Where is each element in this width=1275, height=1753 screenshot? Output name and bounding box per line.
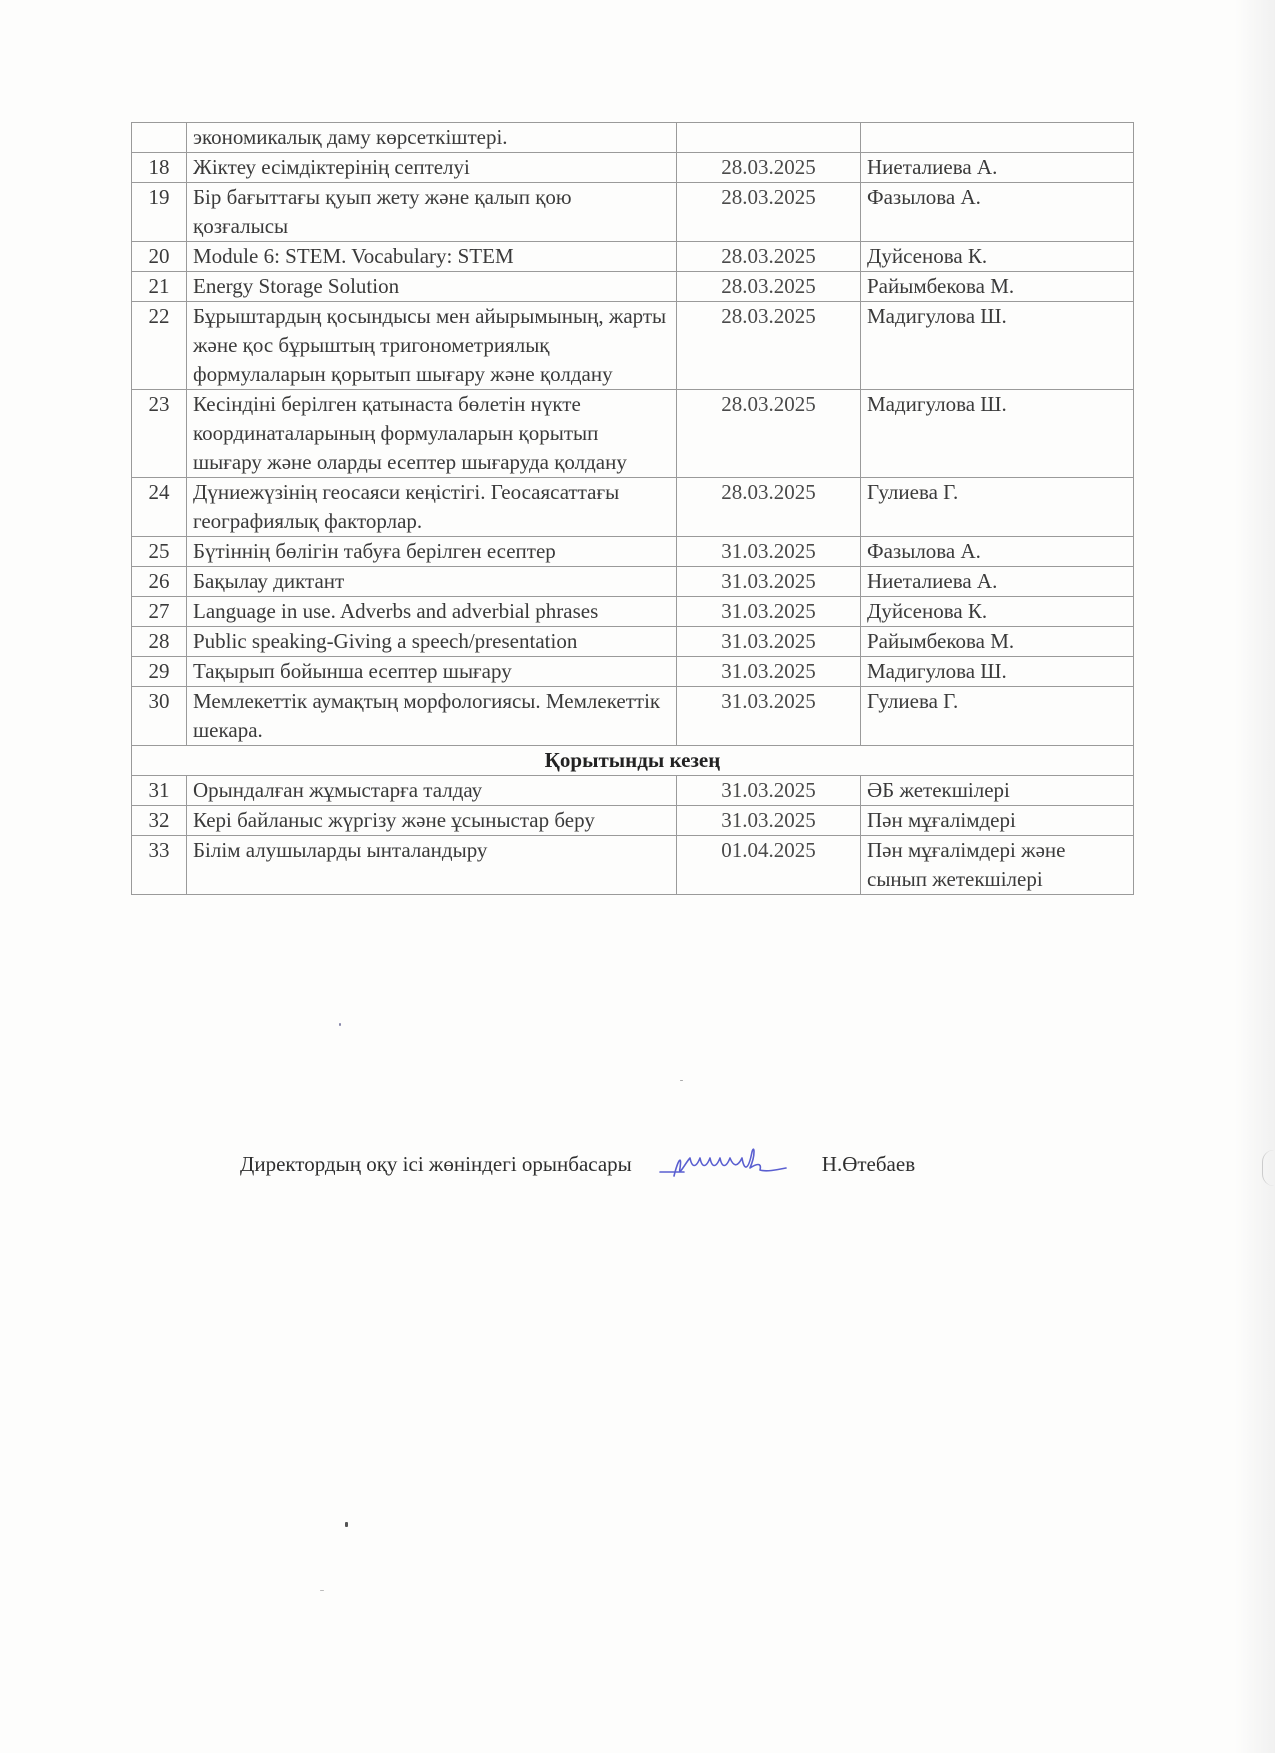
row-responsible: Мадигулова Ш. <box>861 657 1134 687</box>
row-responsible: ӘБ жетекшілері <box>861 776 1134 806</box>
row-number: 20 <box>132 242 187 272</box>
row-responsible: Райымбекова М. <box>861 272 1134 302</box>
row-topic: Language in use. Adverbs and adverbial p… <box>187 597 677 627</box>
row-number: 32 <box>132 806 187 836</box>
row-responsible: Ниеталиева А. <box>861 567 1134 597</box>
row-number: 19 <box>132 183 187 242</box>
row-number: 24 <box>132 478 187 537</box>
row-number: 33 <box>132 836 187 895</box>
row-topic: Module 6: STEM. Vocabulary: STEM <box>187 242 677 272</box>
table-row: 24 Дүниежүзінің геосаяси кеңістігі. Геос… <box>132 478 1134 537</box>
table-row: 22 Бұрыштардың қосындысы мен айырымының,… <box>132 302 1134 390</box>
handwritten-signature-icon <box>656 1142 796 1186</box>
row-topic: Кері байланыс жүргізу және ұсыныстар бер… <box>187 806 677 836</box>
table-row: 18 Жіктеу есімдіктерінің септелуі 28.03.… <box>132 153 1134 183</box>
row-number: 22 <box>132 302 187 390</box>
row-topic: Кесіндіні берілген қатынаста бөлетін нүк… <box>187 390 677 478</box>
scan-speck <box>680 1080 683 1081</box>
row-responsible: Дуйсенова К. <box>861 242 1134 272</box>
row-topic: Public speaking-Giving a speech/presenta… <box>187 627 677 657</box>
row-date: 28.03.2025 <box>677 478 861 537</box>
signatory-role: Директордың оқу ісі жөніндегі орынбасары <box>240 1152 632 1177</box>
row-number: 28 <box>132 627 187 657</box>
table-row: 30 Мемлекеттік аумақтың морфологиясы. Ме… <box>132 687 1134 746</box>
table-row: 25 Бүтіннің бөлігін табуға берілген есеп… <box>132 537 1134 567</box>
scan-page-edge <box>1235 0 1275 1753</box>
row-topic: Білім алушыларды ынталандыру <box>187 836 677 895</box>
row-date: 31.03.2025 <box>677 537 861 567</box>
row-responsible: Мадигулова Ш. <box>861 390 1134 478</box>
row-responsible: Гулиева Г. <box>861 478 1134 537</box>
row-number: 29 <box>132 657 187 687</box>
row-number: 31 <box>132 776 187 806</box>
table-row-continuation: экономикалық даму көрсеткіштері. <box>132 123 1134 153</box>
table-row: 20 Module 6: STEM. Vocabulary: STEM 28.0… <box>132 242 1134 272</box>
row-date: 31.03.2025 <box>677 687 861 746</box>
row-topic: Мемлекеттік аумақтың морфологиясы. Мемле… <box>187 687 677 746</box>
row-number: 18 <box>132 153 187 183</box>
row-topic: Бір бағыттағы қуып жету және қалып қою қ… <box>187 183 677 242</box>
row-topic: Жіктеу есімдіктерінің септелуі <box>187 153 677 183</box>
row-responsible: Фазылова А. <box>861 537 1134 567</box>
table-row: 32 Кері байланыс жүргізу және ұсыныстар … <box>132 806 1134 836</box>
table-row: 33 Білім алушыларды ынталандыру 01.04.20… <box>132 836 1134 895</box>
row-topic: Тақырып бойынша есептер шығару <box>187 657 677 687</box>
row-date: 28.03.2025 <box>677 153 861 183</box>
row-number: 21 <box>132 272 187 302</box>
table-row: 27 Language in use. Adverbs and adverbia… <box>132 597 1134 627</box>
row-number: 27 <box>132 597 187 627</box>
row-date: 31.03.2025 <box>677 627 861 657</box>
row-topic: Бақылау диктант <box>187 567 677 597</box>
row-topic: Орындалған жұмыстарға талдау <box>187 776 677 806</box>
row-topic: Бүтіннің бөлігін табуға берілген есептер <box>187 537 677 567</box>
row-date: 31.03.2025 <box>677 776 861 806</box>
row-responsible: Дуйсенова К. <box>861 597 1134 627</box>
schedule-table-body: экономикалық даму көрсеткіштері. 18 Жікт… <box>132 123 1134 895</box>
row-number: 30 <box>132 687 187 746</box>
row-date: 28.03.2025 <box>677 272 861 302</box>
row-topic: Дүниежүзінің геосаяси кеңістігі. Геосаяс… <box>187 478 677 537</box>
table-row: 26 Бақылау диктант 31.03.2025 Ниеталиева… <box>132 567 1134 597</box>
row-date: 28.03.2025 <box>677 302 861 390</box>
section-header-row: Қорытынды кезең <box>132 746 1134 776</box>
row-responsible <box>861 123 1134 153</box>
row-date: 31.03.2025 <box>677 657 861 687</box>
row-responsible: Фазылова А. <box>861 183 1134 242</box>
scan-speck <box>339 1023 341 1026</box>
row-responsible: Пән мұғалімдері және сынып жетекшілері <box>861 836 1134 895</box>
table-row: 29 Тақырып бойынша есептер шығару 31.03.… <box>132 657 1134 687</box>
row-topic: экономикалық даму көрсеткіштері. <box>187 123 677 153</box>
row-date: 31.03.2025 <box>677 597 861 627</box>
row-number <box>132 123 187 153</box>
scan-speck <box>320 1590 324 1591</box>
row-date: 28.03.2025 <box>677 183 861 242</box>
table-row: 28 Public speaking-Giving a speech/prese… <box>132 627 1134 657</box>
row-responsible: Пән мұғалімдері <box>861 806 1134 836</box>
row-date: 31.03.2025 <box>677 806 861 836</box>
row-number: 23 <box>132 390 187 478</box>
scan-speck <box>345 1522 348 1527</box>
row-number: 25 <box>132 537 187 567</box>
row-date: 28.03.2025 <box>677 242 861 272</box>
row-topic: Energy Storage Solution <box>187 272 677 302</box>
row-date: 28.03.2025 <box>677 390 861 478</box>
row-responsible: Мадигулова Ш. <box>861 302 1134 390</box>
table-row: 31 Орындалған жұмыстарға талдау 31.03.20… <box>132 776 1134 806</box>
table-row: 21 Energy Storage Solution 28.03.2025 Ра… <box>132 272 1134 302</box>
row-responsible: Ниеталиева А. <box>861 153 1134 183</box>
table-row: 19 Бір бағыттағы қуып жету және қалып қо… <box>132 183 1134 242</box>
schedule-table: экономикалық даму көрсеткіштері. 18 Жікт… <box>131 122 1134 895</box>
signatory-name: Н.Өтебаев <box>822 1152 915 1177</box>
row-topic: Бұрыштардың қосындысы мен айырымының, жа… <box>187 302 677 390</box>
row-date: 01.04.2025 <box>677 836 861 895</box>
row-responsible: Райымбекова М. <box>861 627 1134 657</box>
signature-block: Директордың оқу ісі жөніндегі орынбасары… <box>240 1142 1040 1186</box>
row-date <box>677 123 861 153</box>
scan-margin-mark <box>1262 1150 1275 1186</box>
table-row: 23 Кесіндіні берілген қатынаста бөлетін … <box>132 390 1134 478</box>
section-title: Қорытынды кезең <box>132 746 1134 776</box>
row-date: 31.03.2025 <box>677 567 861 597</box>
row-responsible: Гулиева Г. <box>861 687 1134 746</box>
row-number: 26 <box>132 567 187 597</box>
